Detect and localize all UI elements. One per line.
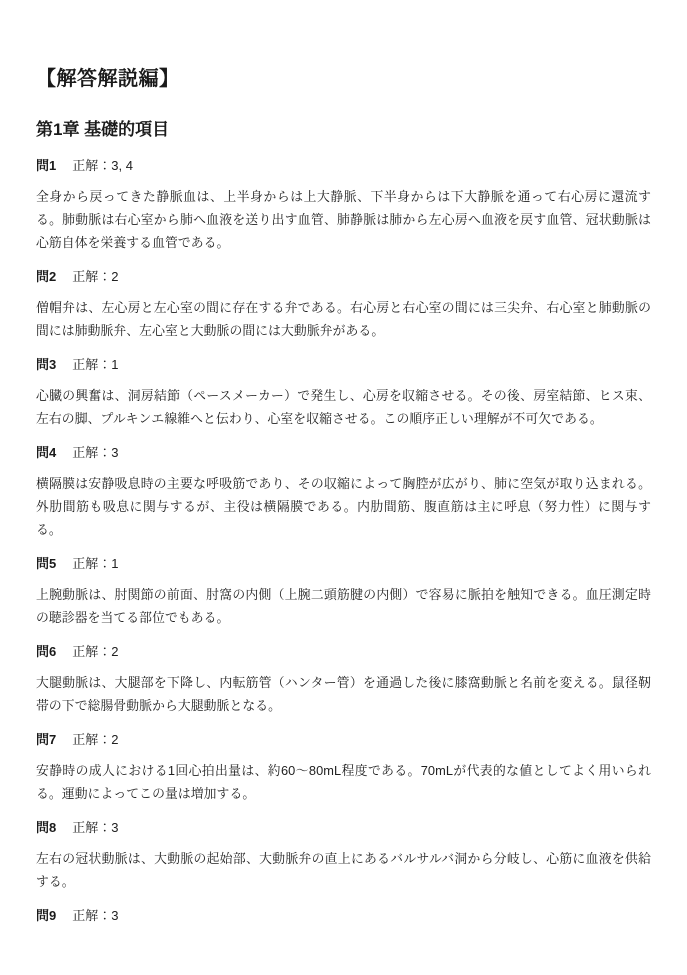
question-answer: 正解：3 bbox=[72, 820, 118, 835]
question-label: 問8 bbox=[36, 820, 56, 835]
question-label: 問9 bbox=[36, 908, 56, 923]
question-answer: 正解：1 bbox=[72, 556, 118, 571]
question-label: 問5 bbox=[36, 556, 56, 571]
chapter-heading: 第1章 基礎的項目 bbox=[36, 118, 651, 142]
question-answer: 正解：2 bbox=[72, 269, 118, 284]
question-explanation: 安静時の成人における1回心拍出量は、約60～80mL程度である。70mLが代表的… bbox=[36, 759, 651, 805]
question-answer-line: 問7正解：2 bbox=[36, 728, 651, 751]
question-answer: 正解：2 bbox=[72, 732, 118, 747]
question-explanation: 心臓の興奮は、洞房結節（ペースメーカー）で発生し、心房を収縮させる。その後、房室… bbox=[36, 384, 651, 430]
question-answer-line: 問1正解：3, 4 bbox=[36, 154, 651, 177]
question-answer-line: 問9正解：3 bbox=[36, 904, 651, 927]
question-answer: 正解：3, 4 bbox=[72, 158, 133, 173]
question-block-1: 問1正解：3, 4 全身から戻ってきた静脈血は、上半身からは上大静脈、下半身から… bbox=[36, 154, 651, 254]
question-label: 問3 bbox=[36, 357, 56, 372]
question-block-6: 問6正解：2 大腿動脈は、大腿部を下降し、内転筋管（ハンター管）を通過した後に膝… bbox=[36, 640, 651, 717]
question-block-4: 問4正解：3 横隔膜は安静吸息時の主要な呼吸筋であり、その収縮によって胸腔が広が… bbox=[36, 441, 651, 541]
question-answer-line: 問4正解：3 bbox=[36, 441, 651, 464]
question-label: 問1 bbox=[36, 158, 56, 173]
question-answer-line: 問5正解：1 bbox=[36, 552, 651, 575]
question-explanation: 全身から戻ってきた静脈血は、上半身からは上大静脈、下半身からは下大静脈を通って右… bbox=[36, 185, 651, 254]
question-answer-line: 問2正解：2 bbox=[36, 265, 651, 288]
question-block-7: 問7正解：2 安静時の成人における1回心拍出量は、約60～80mL程度である。7… bbox=[36, 728, 651, 805]
question-answer: 正解：1 bbox=[72, 357, 118, 372]
question-label: 問7 bbox=[36, 732, 56, 747]
question-explanation: 横隔膜は安静吸息時の主要な呼吸筋であり、その収縮によって胸腔が広がり、肺に空気が… bbox=[36, 472, 651, 541]
question-block-2: 問2正解：2 僧帽弁は、左心房と左心室の間に存在する弁である。右心房と右心室の間… bbox=[36, 265, 651, 342]
question-answer: 正解：3 bbox=[72, 908, 118, 923]
question-explanation: 大腿動脈は、大腿部を下降し、内転筋管（ハンター管）を通過した後に膝窩動脈と名前を… bbox=[36, 671, 651, 717]
question-explanation: 左右の冠状動脈は、大動脈の起始部、大動脈弁の直上にあるバルサルバ洞から分岐し、心… bbox=[36, 847, 651, 893]
question-block-3: 問3正解：1 心臓の興奮は、洞房結節（ペースメーカー）で発生し、心房を収縮させる… bbox=[36, 353, 651, 430]
question-block-5: 問5正解：1 上腕動脈は、肘関節の前面、肘窩の内側（上腕二頭筋腱の内側）で容易に… bbox=[36, 552, 651, 629]
question-answer: 正解：3 bbox=[72, 445, 118, 460]
question-explanation: 僧帽弁は、左心房と左心室の間に存在する弁である。右心房と右心室の間には三尖弁、右… bbox=[36, 296, 651, 342]
question-answer-line: 問8正解：3 bbox=[36, 816, 651, 839]
question-answer: 正解：2 bbox=[72, 644, 118, 659]
question-block-8: 問8正解：3 左右の冠状動脈は、大動脈の起始部、大動脈弁の直上にあるバルサルバ洞… bbox=[36, 816, 651, 893]
document-page: { "document": { "main_title": "【解答解説編】",… bbox=[0, 0, 687, 975]
question-label: 問4 bbox=[36, 445, 56, 460]
question-label: 問6 bbox=[36, 644, 56, 659]
question-answer-line: 問6正解：2 bbox=[36, 640, 651, 663]
question-label: 問2 bbox=[36, 269, 56, 284]
question-explanation: 上腕動脈は、肘関節の前面、肘窩の内側（上腕二頭筋腱の内側）で容易に脈拍を触知でき… bbox=[36, 583, 651, 629]
document-title: 【解答解説編】 bbox=[36, 66, 651, 92]
question-answer-line: 問3正解：1 bbox=[36, 353, 651, 376]
question-block-9: 問9正解：3 bbox=[36, 904, 651, 927]
